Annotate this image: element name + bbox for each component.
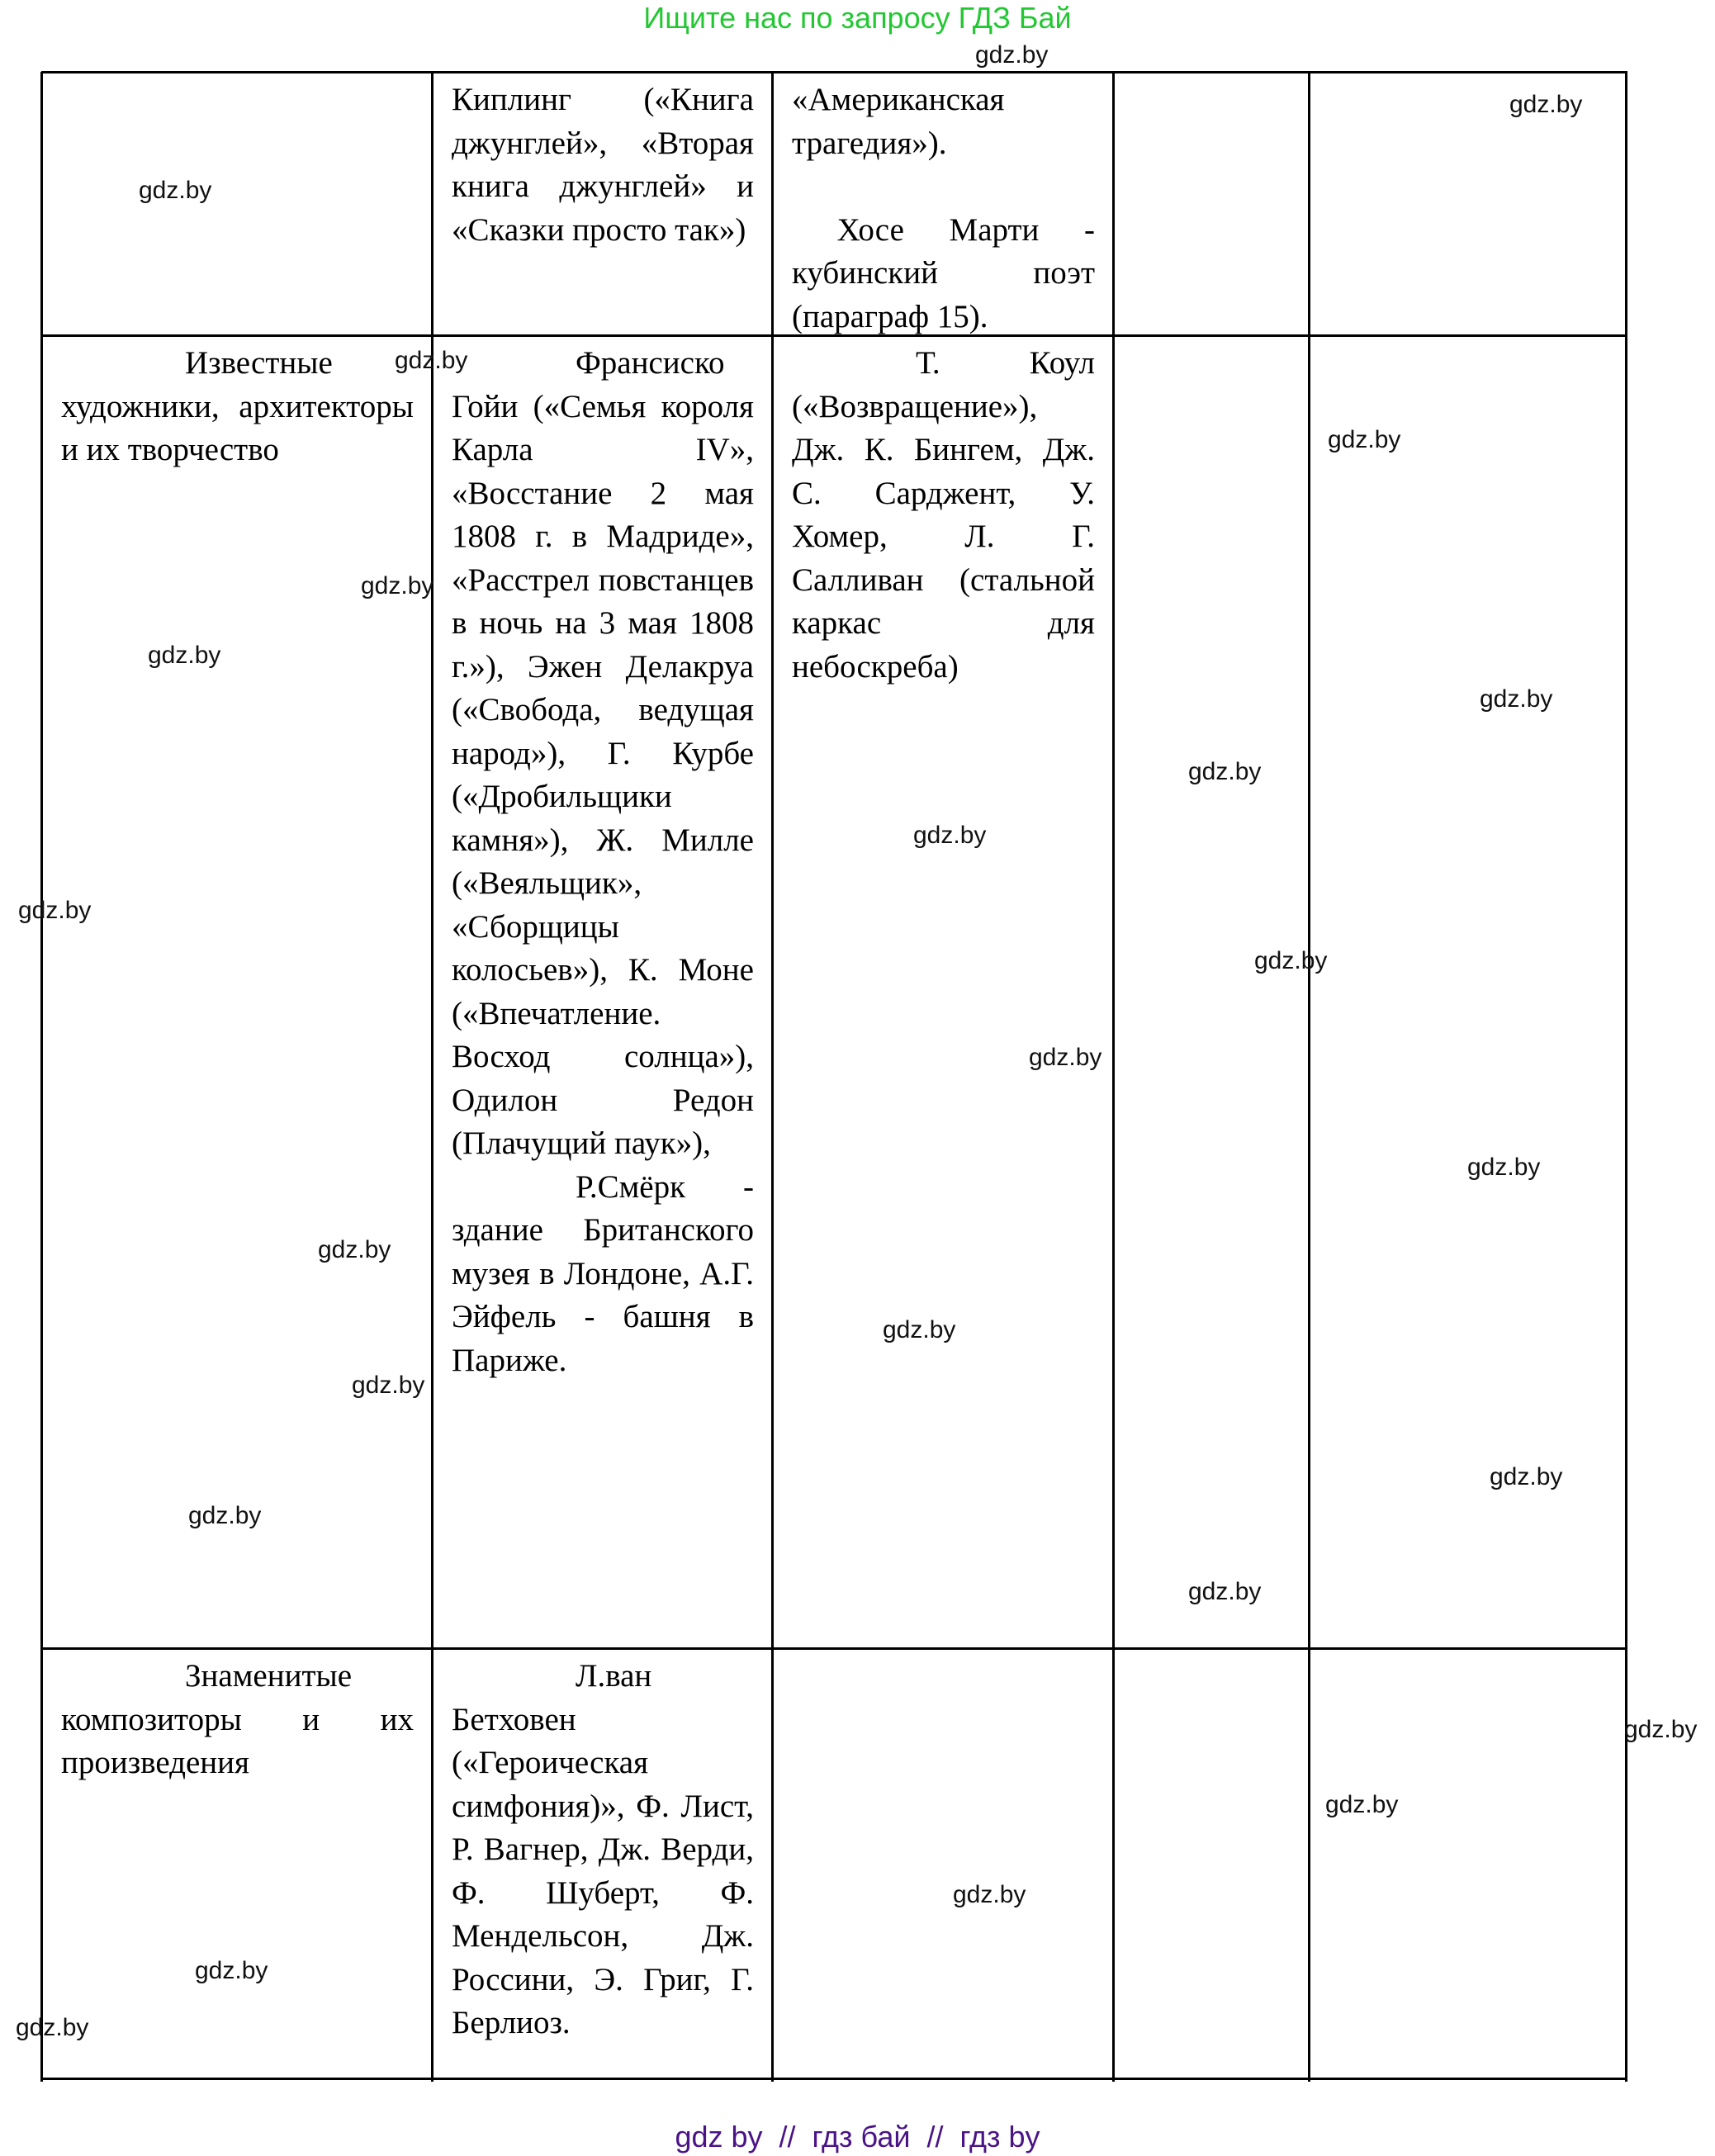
watermark: gdz.by bbox=[1254, 949, 1327, 974]
watermark: gdz.by bbox=[1188, 1580, 1261, 1604]
watermark: gdz.by bbox=[953, 1883, 1026, 1907]
watermark: gdz.by bbox=[1188, 760, 1261, 784]
watermark: gdz.by bbox=[1624, 1718, 1697, 1742]
watermark: gdz.by bbox=[975, 43, 1048, 68]
watermark: gdz.by bbox=[148, 643, 220, 668]
watermark: gdz.by bbox=[16, 2016, 88, 2040]
cell-paragraph: Л.ван Бетховен («Героическая симфония)»,… bbox=[452, 1655, 754, 2045]
table-cell-empty bbox=[1115, 73, 1308, 334]
watermark: gdz.by bbox=[188, 1504, 261, 1528]
watermark: gdz.by bbox=[18, 898, 91, 923]
watermark: gdz.by bbox=[1328, 428, 1400, 453]
table-cell-topic: Известные художники, архитекторы и их тв… bbox=[43, 337, 431, 1647]
watermark: gdz.by bbox=[139, 178, 211, 203]
cell-paragraph: Хосе Марти - кубинский поэт (параграф 15… bbox=[792, 209, 1095, 335]
cell-paragraph-blank bbox=[792, 165, 1095, 209]
cell-paragraph: Т. Коул («Возвращение»), Дж. К. Бингем, … bbox=[792, 342, 1095, 689]
cell-paragraph: Киплинг («Книга джунглей», «Вторая книга… bbox=[452, 78, 754, 252]
table-cell-topic: Знаменитые композиторы и их произведения bbox=[43, 1650, 431, 2078]
watermark: gdz.by bbox=[352, 1373, 424, 1398]
table-border-right bbox=[1625, 72, 1627, 2082]
table-border-bottom bbox=[41, 2078, 1627, 2080]
watermark: gdz.by bbox=[318, 1238, 391, 1263]
table-cell-empty bbox=[1310, 337, 1625, 1647]
cell-paragraph: Р.Смёрк - здание Британского музея в Лон… bbox=[452, 1166, 754, 1383]
watermark: gdz.by bbox=[395, 348, 467, 373]
table-cell-americas: «Американская трагедия»). Хосе Марти - к… bbox=[774, 73, 1112, 334]
table-cell-empty bbox=[1310, 1650, 1625, 2078]
watermark: gdz.by bbox=[1480, 687, 1552, 712]
cell-paragraph: «Американская трагедия»). bbox=[792, 78, 1095, 165]
cell-paragraph: Известные художники, архитекторы и их тв… bbox=[61, 342, 414, 472]
watermark: gdz.by bbox=[1509, 92, 1582, 117]
table-cell-empty bbox=[774, 1650, 1112, 2078]
watermark: gdz.by bbox=[195, 1959, 268, 1983]
cell-paragraph: Франсиско Гойи («Семья короля Карла IV»,… bbox=[452, 342, 754, 1166]
table-cell-europe: Франсиско Гойи («Семья короля Карла IV»,… bbox=[433, 337, 771, 1647]
watermark: gdz.by bbox=[1490, 1465, 1562, 1490]
watermark: gdz.by bbox=[361, 574, 433, 599]
table-cell-empty bbox=[1115, 1650, 1308, 2078]
watermark: gdz.by bbox=[913, 823, 986, 848]
table-cell-europe: Л.ван Бетховен («Героическая симфония)»,… bbox=[433, 1650, 771, 2078]
table-cell-topic bbox=[43, 73, 431, 334]
footer-links[interactable]: gdz by // гдз бай // гдз by bbox=[0, 2120, 1715, 2154]
watermark: gdz.by bbox=[1029, 1045, 1101, 1070]
table-cell-writers: Киплинг («Книга джунглей», «Вторая книга… bbox=[433, 73, 771, 334]
watermark: gdz.by bbox=[1467, 1155, 1540, 1180]
table-cell-americas: Т. Коул («Возвращение»), Дж. К. Бингем, … bbox=[774, 337, 1112, 1647]
watermark: gdz.by bbox=[883, 1318, 955, 1343]
search-hint-banner: Ищите нас по запросу ГДЗ Бай bbox=[0, 2, 1715, 35]
cell-paragraph: Знаменитые композиторы и их произведения bbox=[61, 1655, 414, 1785]
table-cell-empty bbox=[1115, 337, 1308, 1647]
watermark: gdz.by bbox=[1325, 1793, 1398, 1817]
